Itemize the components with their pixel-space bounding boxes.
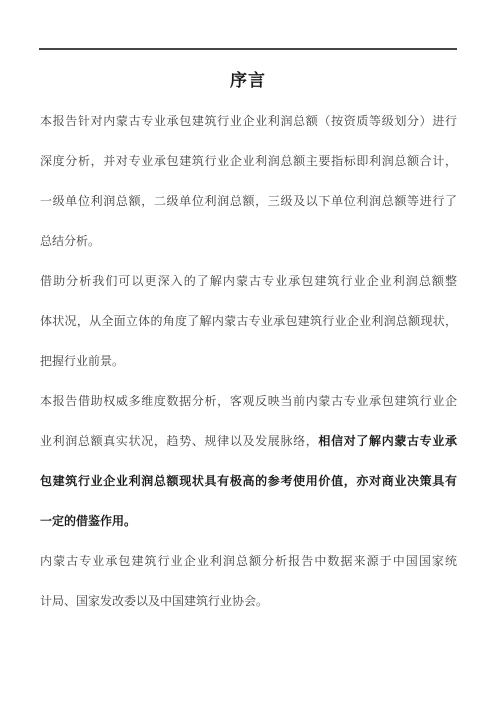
text-line: 借助分析我们可以更深入的了解内蒙古专业承包建筑行业企业利润总额整 <box>40 261 457 301</box>
text-line: 包建筑行业企业利润总额现状具有极高的参考使用价值，亦对商业决策具有 <box>40 461 457 501</box>
text-segment: 借助分析我们可以更深入的了解内蒙古专业承包建筑行业企业利润总额整 <box>40 274 457 288</box>
text-segment: 业利润总额真实状况，趋势、规律以及发展脉络， <box>40 434 318 448</box>
bold-text-segment: 一定的借鉴作用。 <box>40 514 136 528</box>
text-segment: 本报告针对内蒙古专业承包建筑行业企业利润总额（按资质等级划分）进行 <box>40 114 457 128</box>
text-line: 深度分析，并对专业承包建筑行业企业利润总额主要指标即利润总额合计， <box>40 141 457 181</box>
text-segment: 体状况，从全面立体的角度了解内蒙古专业承包建筑行业企业利润总额现状， <box>40 314 457 328</box>
text-line: 本报告借助权威多维度数据分析，客观反映当前内蒙古专业承包建筑行业企 <box>40 381 457 421</box>
header-divider <box>39 48 457 50</box>
page-title: 序言 <box>0 66 496 91</box>
text-segment: 一级单位利润总额，二级单位利润总额，三级及以下单位利润总额等进行了 <box>40 194 457 208</box>
text-segment: 计局、国家发改委以及中国建筑行业协会。 <box>40 594 268 608</box>
text-line: 一级单位利润总额，二级单位利润总额，三级及以下单位利润总额等进行了 <box>40 181 457 221</box>
text-line: 体状况，从全面立体的角度了解内蒙古专业承包建筑行业企业利润总额现状， <box>40 301 457 341</box>
text-segment: 总结分析。 <box>40 234 100 248</box>
text-line: 一定的借鉴作用。 <box>40 501 457 541</box>
text-line: 计局、国家发改委以及中国建筑行业协会。 <box>40 581 457 621</box>
bold-text-segment: 包建筑行业企业利润总额现状具有极高的参考使用价值，亦对商业决策具有 <box>40 474 457 488</box>
text-segment: 深度分析，并对专业承包建筑行业企业利润总额主要指标即利润总额合计， <box>40 154 457 168</box>
document-page: 序言 本报告针对内蒙古专业承包建筑行业企业利润总额（按资质等级划分）进行深度分析… <box>0 0 496 701</box>
text-line: 内蒙古专业承包建筑行业企业利润总额分析报告中数据来源于中国国家统 <box>40 541 457 581</box>
text-line: 本报告针对内蒙古专业承包建筑行业企业利润总额（按资质等级划分）进行 <box>40 101 457 141</box>
document-body: 本报告针对内蒙古专业承包建筑行业企业利润总额（按资质等级划分）进行深度分析，并对… <box>40 101 457 621</box>
text-line: 把握行业前景。 <box>40 341 457 381</box>
text-segment: 把握行业前景。 <box>40 354 124 368</box>
text-line: 总结分析。 <box>40 221 457 261</box>
text-segment: 内蒙古专业承包建筑行业企业利润总额分析报告中数据来源于中国国家统 <box>40 554 457 568</box>
bold-text-segment: 相信对了解内蒙古专业承 <box>318 434 457 448</box>
text-line: 业利润总额真实状况，趋势、规律以及发展脉络，相信对了解内蒙古专业承 <box>40 421 457 461</box>
text-segment: 本报告借助权威多维度数据分析，客观反映当前内蒙古专业承包建筑行业企 <box>40 394 457 408</box>
